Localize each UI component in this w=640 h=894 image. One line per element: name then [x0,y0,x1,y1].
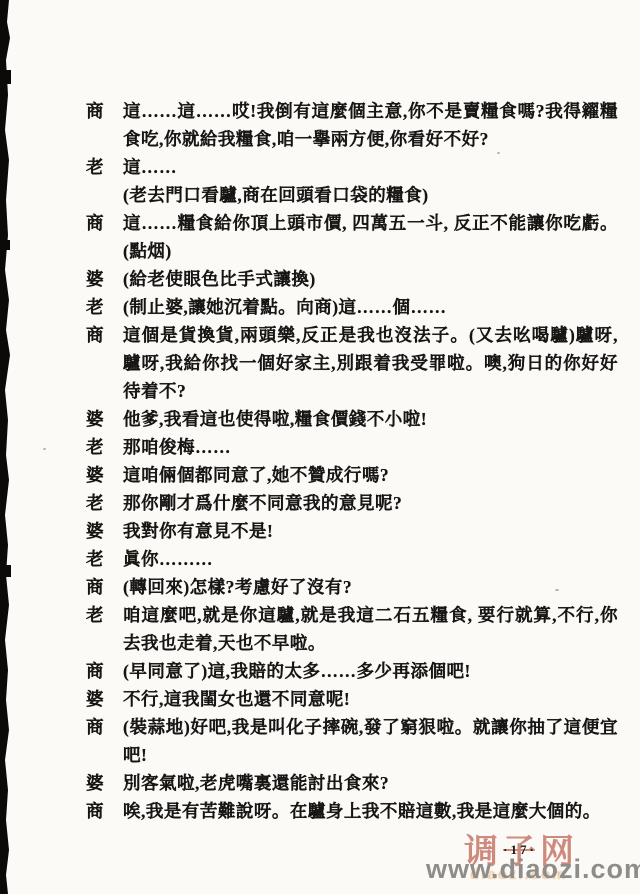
dialogue-entry: 商 這……這……哎!我倒有這麼個主意,你不是賣糧食嗎?我得糴糧食吃,你就給我糧食… [86,97,618,153]
dialogue-entry: 婆 他爹,我看這也使得啦,糧食價錢不小啦! [86,405,618,433]
speaker-label: 婆 [86,405,123,433]
speaker-label: 婆 [86,461,123,489]
dialogue-text: (老去門口看驢,商在回頭看口袋的糧食) [123,181,618,209]
dialogue-text: 那咱俊梅…… [123,433,618,461]
dialogue-entry: (老去門口看驢,商在回頭看口袋的糧食) [86,181,618,209]
dialogue-text: 這……糧食給你頂上頭市價, 四萬五一斗, 反正不能讓你吃虧。(點烟) [123,209,618,265]
dialogue-text: (制止婆,讓她沉着點。向商)這……個…… [123,293,618,321]
speaker-label: 婆 [86,517,123,545]
dialogue-entry: 老 那你剛才爲什麼不同意我的意見呢? [86,489,618,517]
scan-noise-dot [43,448,46,450]
speaker-label: 婆 [86,769,123,797]
dialogue-text: 唉,我是有苦難說呀。在驢身上我不賠這數,我是這麼大個的。 [123,797,618,825]
speaker-label: 商 [86,797,123,825]
speaker-label: 老 [86,433,123,461]
speaker-label: 婆 [86,265,123,293]
dialogue-text: 我對你有意見不是! [123,517,618,545]
speaker-label: 婆 [86,685,123,713]
dialogue-entry: 商 (早同意了)這,我賠的太多……多少再添個吧! [86,657,618,685]
dialogue-text: 這咱倆個都同意了,她不贊成行嗎? [123,461,618,489]
speaker-label: 商 [86,713,123,741]
dialogue-text: (轉回來)怎樣?考慮好了沒有? [123,573,618,601]
dialogue-entry: 老 (制止婆,讓她沉着點。向商)這……個…… [86,293,618,321]
speaker-label: 商 [86,657,123,685]
dialogue-text: 那你剛才爲什麼不同意我的意見呢? [123,489,618,517]
speaker-label: 老 [86,293,123,321]
dialogue-entry: 商 唉,我是有苦難說呀。在驢身上我不賠這數,我是這麼大個的。 [86,797,618,825]
dialogue-entry: 婆 我對你有意見不是! [86,517,618,545]
speaker-label: 商 [86,573,123,601]
speaker-label: 老 [86,545,123,573]
dialogue-entry: 老 那咱俊梅…… [86,433,618,461]
speaker-label: 老 [86,153,123,181]
dialogue-entry: 商 (轉回來)怎樣?考慮好了沒有? [86,573,618,601]
dialogue-entry: 婆 這咱倆個都同意了,她不贊成行嗎? [86,461,618,489]
dialogue-entry: 老 咱這麼吧,就是你這驢,就是我這二石五糧食, 要行就算,不行,你去我也走着,天… [86,601,618,657]
speaker-label: 老 [86,489,123,517]
speaker-label: 商 [86,209,123,237]
dialogue-text: 這個是貨換貨,兩頭樂,反正是我也沒法子。(又去吆喝驢)驢呀,驢呀,我給你找一個好… [123,321,618,405]
watermark-site-url: www.diaozi.com [426,854,640,885]
dialogue-text: 不行,這我閨女也還不同意呢! [123,685,618,713]
dialogue-entry: 老 眞你……… [86,545,618,573]
dialogue-text: 別客氣啦,老虎嘴裏還能討出食來? [123,769,618,797]
dialogue-list: 商 這……這……哎!我倒有這麼個主意,你不是賣糧食嗎?我得糴糧食吃,你就給我糧食… [86,97,618,825]
dialogue-text: 這……這……哎!我倒有這麼個主意,你不是賣糧食嗎?我得糴糧食吃,你就給我糧食,咱… [123,97,618,153]
dialogue-entry: 商 這個是貨換貨,兩頭樂,反正是我也沒法子。(又去吆喝驢)驢呀,驢呀,我給你找一… [86,321,618,405]
dialogue-text: (裝蒜地)好吧,我是叫化子摔碗,發了窮狠啦。就讓你抽了這便宜吧! [123,713,618,769]
dialogue-text: 眞你……… [123,545,618,573]
dialogue-text: 他爹,我看這也使得啦,糧食價錢不小啦! [123,405,618,433]
dialogue-text: (給老使眼色比手式讓換) [123,265,618,293]
dialogue-entry: 老 這…… [86,153,618,181]
dialogue-entry: 商 (裝蒜地)好吧,我是叫化子摔碗,發了窮狠啦。就讓你抽了這便宜吧! [86,713,618,769]
scan-binding-edge [0,0,14,894]
page-number: ·17· [492,842,548,858]
dialogue-entry: 婆 (給老使眼色比手式讓換) [86,265,618,293]
dialogue-text: 咱這麼吧,就是你這驢,就是我這二石五糧食, 要行就算,不行,你去我也走着,天也不… [123,601,618,657]
speaker-label: 商 [86,321,123,349]
dialogue-text: (早同意了)這,我賠的太多……多少再添個吧! [123,657,618,685]
dialogue-entry: 婆 別客氣啦,老虎嘴裏還能討出食來? [86,769,618,797]
speaker-label: 老 [86,601,123,629]
speaker-label: 商 [86,97,123,125]
dialogue-entry: 婆 不行,這我閨女也還不同意呢! [86,685,618,713]
dialogue-entry: 商 這……糧食給你頂上頭市價, 四萬五一斗, 反正不能讓你吃虧。(點烟) [86,209,618,265]
dialogue-text: 這…… [123,153,618,181]
